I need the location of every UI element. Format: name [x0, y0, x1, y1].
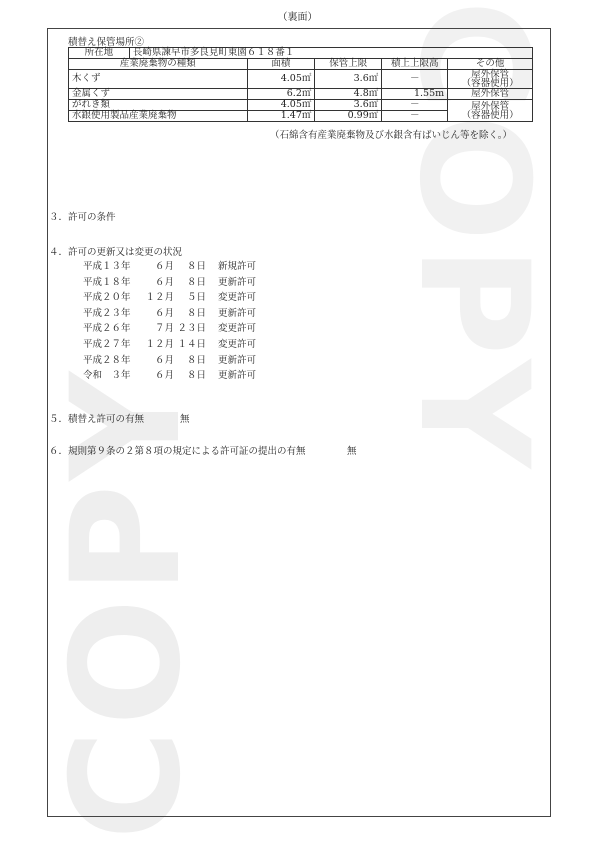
history-day: ８日	[174, 259, 206, 275]
waste-height: －	[382, 70, 448, 89]
header-type: 産業廃棄物の種類	[69, 59, 248, 70]
history-day: ８日	[174, 368, 206, 384]
waste-type: 木くず	[69, 70, 248, 89]
section-6-value: 無	[347, 443, 357, 457]
header-other: その他	[448, 59, 533, 70]
history-year: 平成２３年	[83, 306, 142, 322]
section-6-label: ６．規則第９条の２第８項の規定による許可証の提出の有無	[49, 443, 306, 457]
table-header-row: 産業廃棄物の種類 面積 保管上限 積上上限高 その他	[69, 59, 533, 70]
history-action: 更新許可	[218, 353, 256, 369]
history-day: ２３日	[174, 321, 206, 337]
history-action: 更新許可	[218, 306, 256, 322]
history-action: 変更許可	[218, 321, 256, 337]
waste-other: 屋外保管	[448, 89, 533, 100]
table-row: 金属くず 6.2㎡ 4.8㎡ 1.55m 屋外保管	[69, 89, 533, 100]
history-year: 平成２６年	[83, 321, 142, 337]
history-year: 平成１３年	[83, 259, 142, 275]
page-side-label: （裏面）	[0, 8, 595, 23]
list-item: 平成２３年６月８日更新許可	[83, 306, 256, 322]
header-area: 面積	[247, 59, 315, 70]
list-item: 令和 ３年６月８日更新許可	[83, 368, 256, 384]
waste-area: 4.05㎡	[247, 100, 315, 111]
history-year: 平成２７年	[83, 337, 142, 353]
history-action: 新規許可	[218, 259, 256, 275]
history-month: ６月	[142, 353, 174, 369]
storage-table: 所在地 長崎県諫早市多良見町東園６１８番１ 産業廃棄物の種類 面積 保管上限 積…	[68, 47, 533, 122]
list-item: 平成２０年１２月５日変更許可	[83, 290, 256, 306]
list-item: 平成１３年６月８日新規許可	[83, 259, 256, 275]
history-action: 変更許可	[218, 290, 256, 306]
waste-area: 1.47㎡	[247, 111, 315, 122]
list-item: 平成１８年６月８日更新許可	[83, 275, 256, 291]
header-limit: 保管上限	[315, 59, 382, 70]
history-month: ６月	[142, 368, 174, 384]
waste-limit: 4.8㎡	[315, 89, 382, 100]
waste-area: 6.2㎡	[247, 89, 315, 100]
history-action: 変更許可	[218, 337, 256, 353]
waste-area: 4.05㎡	[247, 70, 315, 89]
storage-note: （石綿含有産業廃棄物及び水銀含有ばいじん等を除く。）	[270, 127, 512, 141]
other-line2: （容器使用）	[451, 111, 529, 120]
history-month: ６月	[142, 259, 174, 275]
history-day: ５日	[174, 290, 206, 306]
history-year: 平成２８年	[83, 353, 142, 369]
waste-limit: 3.6㎡	[315, 70, 382, 89]
waste-type: 水銀使用製品産業廃棄物	[69, 111, 248, 122]
waste-other: 屋外保管 （容器使用）	[448, 70, 533, 89]
other-line2: （容器使用）	[451, 79, 529, 88]
history-year: 平成２０年	[83, 290, 142, 306]
history-month: ６月	[142, 275, 174, 291]
history-month: １２月	[142, 337, 174, 353]
waste-type: 金属くず	[69, 89, 248, 100]
list-item: 平成２８年６月８日更新許可	[83, 353, 256, 369]
history-day: ８日	[174, 353, 206, 369]
section-3-conditions: ３．許可の条件	[49, 209, 116, 223]
history-year: 令和 ３年	[83, 368, 142, 384]
waste-type: がれき類	[69, 100, 248, 111]
history-day: ８日	[174, 306, 206, 322]
location-row: 所在地 長崎県諫早市多良見町東園６１８番１	[69, 48, 533, 59]
history-year: 平成１８年	[83, 275, 142, 291]
table-row: がれき類 4.05㎡ 3.6㎡ － 屋外保管 （容器使用）	[69, 100, 533, 111]
header-height: 積上上限高	[382, 59, 448, 70]
waste-limit: 3.6㎡	[315, 100, 382, 111]
history-month: ６月	[142, 306, 174, 322]
history-day: １４日	[174, 337, 206, 353]
list-item: 平成２６年７月２３日変更許可	[83, 321, 256, 337]
waste-height: －	[382, 111, 448, 122]
history-action: 更新許可	[218, 275, 256, 291]
section-5-value: 無	[180, 411, 190, 425]
table-row: 木くず 4.05㎡ 3.6㎡ － 屋外保管 （容器使用）	[69, 70, 533, 89]
waste-other-merged: 屋外保管 （容器使用）	[448, 100, 533, 122]
section-4-history-title: ４．許可の更新又は変更の状況	[49, 244, 182, 258]
history-action: 更新許可	[218, 368, 256, 384]
waste-height: 1.55m	[382, 89, 448, 100]
history-list: 平成１３年６月８日新規許可 平成１８年６月８日更新許可 平成２０年１２月５日変更…	[83, 259, 256, 384]
history-month: ７月	[142, 321, 174, 337]
history-day: ８日	[174, 275, 206, 291]
list-item: 平成２７年１２月１４日変更許可	[83, 337, 256, 353]
waste-limit: 0.99㎡	[315, 111, 382, 122]
storage-title: 積替え保管場所②	[68, 34, 144, 48]
waste-height: －	[382, 100, 448, 111]
history-month: １２月	[142, 290, 174, 306]
location-value: 長崎県諫早市多良見町東園６１８番１	[129, 48, 532, 59]
location-label: 所在地	[69, 48, 130, 59]
section-5-label: ５．積替え許可の有無	[49, 411, 144, 425]
